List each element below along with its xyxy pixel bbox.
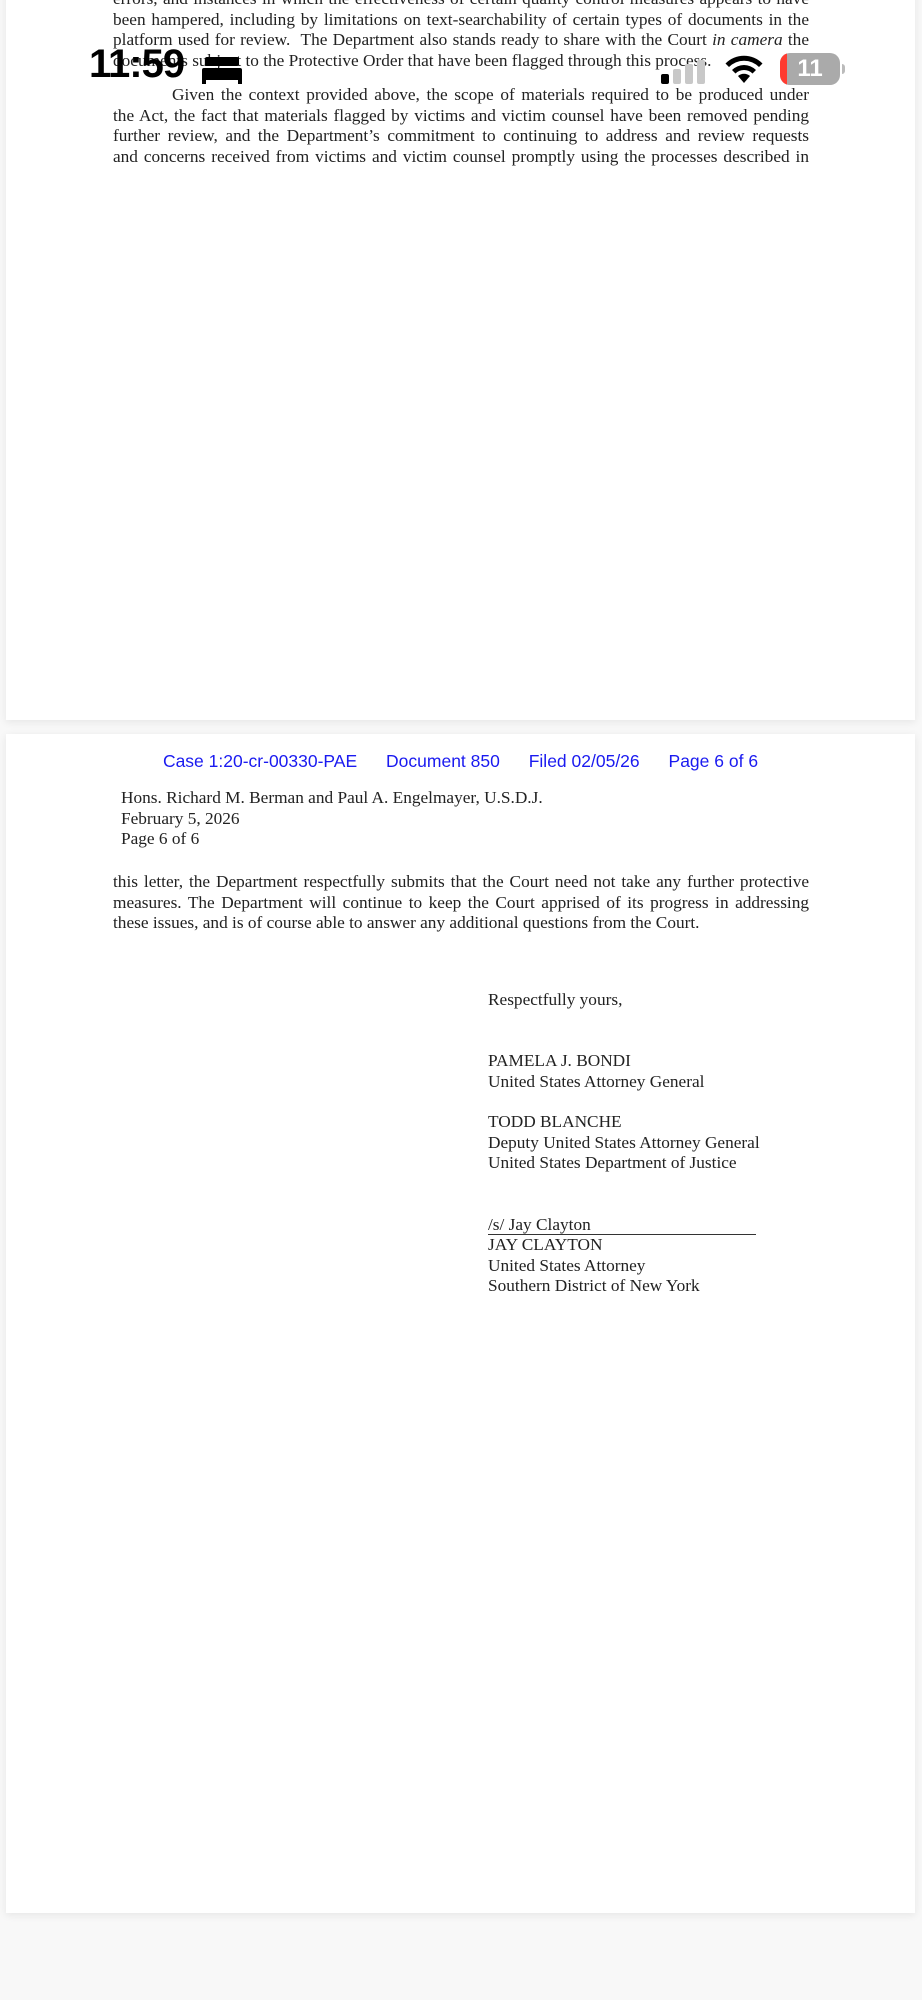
italic-in-camera: in camera (712, 30, 783, 49)
text-line: and concerns received from victims and v… (113, 147, 809, 168)
recipients: Hons. Richard M. Berman and Paul A. Enge… (121, 788, 543, 809)
text-line: documents subject to the Protective Orde… (113, 51, 809, 72)
text-line: errors, and instances in which the effec… (113, 0, 809, 10)
signer-blanche: TODD BLANCHE Deputy United States Attorn… (488, 1112, 760, 1174)
paragraph-context: Given the context provided above, the sc… (113, 85, 809, 168)
text-line: Given the context provided above, the sc… (113, 85, 809, 106)
signer-name: TODD BLANCHE (488, 1112, 760, 1133)
closing: Respectfully yours, (488, 990, 622, 1011)
pdf-page-5: errors, and instances in which the effec… (6, 0, 915, 720)
signer-org: United States Department of Justice (488, 1153, 760, 1174)
text-line: the Act, the fact that materials flagged… (113, 106, 809, 127)
text-line: been hampered, including by limitations … (113, 10, 809, 31)
text-line: further review, and the Department’s com… (113, 126, 809, 147)
page-count: Page 6 of 6 (669, 751, 759, 771)
paragraph-quality-control: errors, and instances in which the effec… (113, 0, 809, 72)
signer-org: Southern District of New York (488, 1276, 756, 1297)
signer-bondi: PAMELA J. BONDI United States Attorney G… (488, 1051, 704, 1092)
signer-name: PAMELA J. BONDI (488, 1051, 704, 1072)
letter-date: February 5, 2026 (121, 809, 543, 830)
text-line: these issues, and is of course able to a… (113, 913, 809, 934)
signer-name: JAY CLAYTON (488, 1235, 756, 1256)
signer-title: Deputy United States Attorney General (488, 1133, 760, 1154)
signer-title: United States Attorney General (488, 1072, 704, 1093)
page-indicator: Page 6 of 6 (121, 829, 543, 850)
closing-text: Respectfully yours, (488, 990, 622, 1011)
pdf-page-6: Case 1:20-cr-00330-PAE Document 850 File… (6, 734, 915, 1913)
signer-clayton: /s/ Jay Clayton JAY CLAYTON United State… (488, 1215, 756, 1297)
text-line: measures. The Department will continue t… (113, 893, 809, 914)
text-line: this letter, the Department respectfully… (113, 872, 809, 893)
ecf-filing-header: Case 1:20-cr-00330-PAE Document 850 File… (6, 751, 915, 772)
signer-title: United States Attorney (488, 1256, 756, 1277)
document-number: Document 850 (386, 751, 500, 771)
case-number: Case 1:20-cr-00330-PAE (163, 751, 357, 771)
paragraph-conclusion: this letter, the Department respectfully… (113, 872, 809, 934)
filed-date: Filed 02/05/26 (529, 751, 640, 771)
text-line: platform used for review. The Department… (113, 30, 809, 51)
e-signature-line: /s/ Jay Clayton (488, 1215, 756, 1235)
address-block: Hons. Richard M. Berman and Paul A. Enge… (121, 788, 543, 850)
